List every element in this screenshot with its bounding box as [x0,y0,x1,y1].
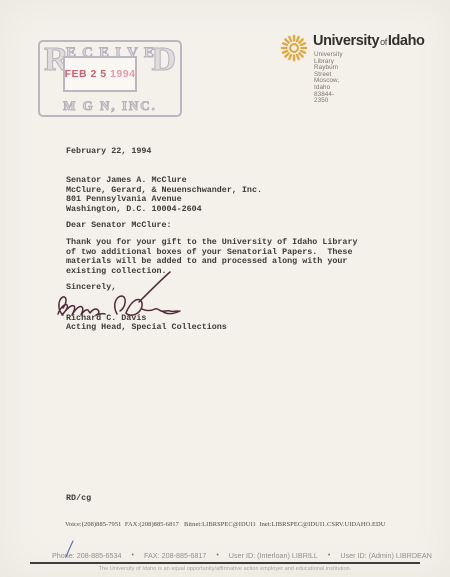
footer-fax: FAX: 208-885-6817 [144,551,206,560]
salutation: Dear Senator McClure: [66,221,172,231]
stamp-date-year: 1994 [110,68,135,80]
stamp-org-name: M G N, INC. [40,99,180,113]
scanned-letter-page: R E C E I V E D FEB 2 5 1994 M G N, INC. [0,0,450,577]
footer-user-admin: User ID: (Admin) LIBRDEAN [340,551,431,560]
letterhead-address: University Library Rayburn Street Moscow… [314,52,343,105]
contact-line: Voice:(208)885-7951 FAX:(208)885-6817 Bi… [65,521,385,528]
recipient-line: Washington, D.C. 10004-2604 [66,205,202,215]
letterhead-city: Moscow, Idaho 83844-2350 [314,78,343,104]
signer-title: Acting Head, Special Collections [66,323,227,333]
received-stamp: R E C E I V E D FEB 2 5 1994 M G N, INC. [38,40,182,117]
footer-rule [30,562,420,564]
footer-user-interloan: User ID: (Interloan) LIBRILL [229,551,318,560]
university-logotype: UniversityofIdaho [313,32,425,50]
footer-phone: Phone: 208-885-6534 [52,551,122,560]
reference-initials: RD/cg [66,494,91,504]
stamp-letter-d: D [151,42,176,78]
bullet-icon: • [122,552,144,559]
footer-disclaimer: The University of Idaho is an equal oppo… [0,566,450,572]
stamp-date: FEB 2 5 1994 [65,68,136,80]
university-sun-logo-icon [279,33,309,63]
logotype-university: University [313,33,379,49]
bullet-icon: • [318,552,340,559]
logotype-idaho: Idaho [388,33,425,49]
stamp-date-box: FEB 2 5 1994 [63,56,137,92]
letter-date: February 22, 1994 [66,147,151,157]
footer-contact-bar: Phone: 208-885-6534 • FAX: 208-885-6817 … [52,551,432,560]
stamp-date-day: FEB 2 5 [65,68,110,80]
logotype-of: of [379,37,388,47]
bullet-icon: • [206,552,228,559]
